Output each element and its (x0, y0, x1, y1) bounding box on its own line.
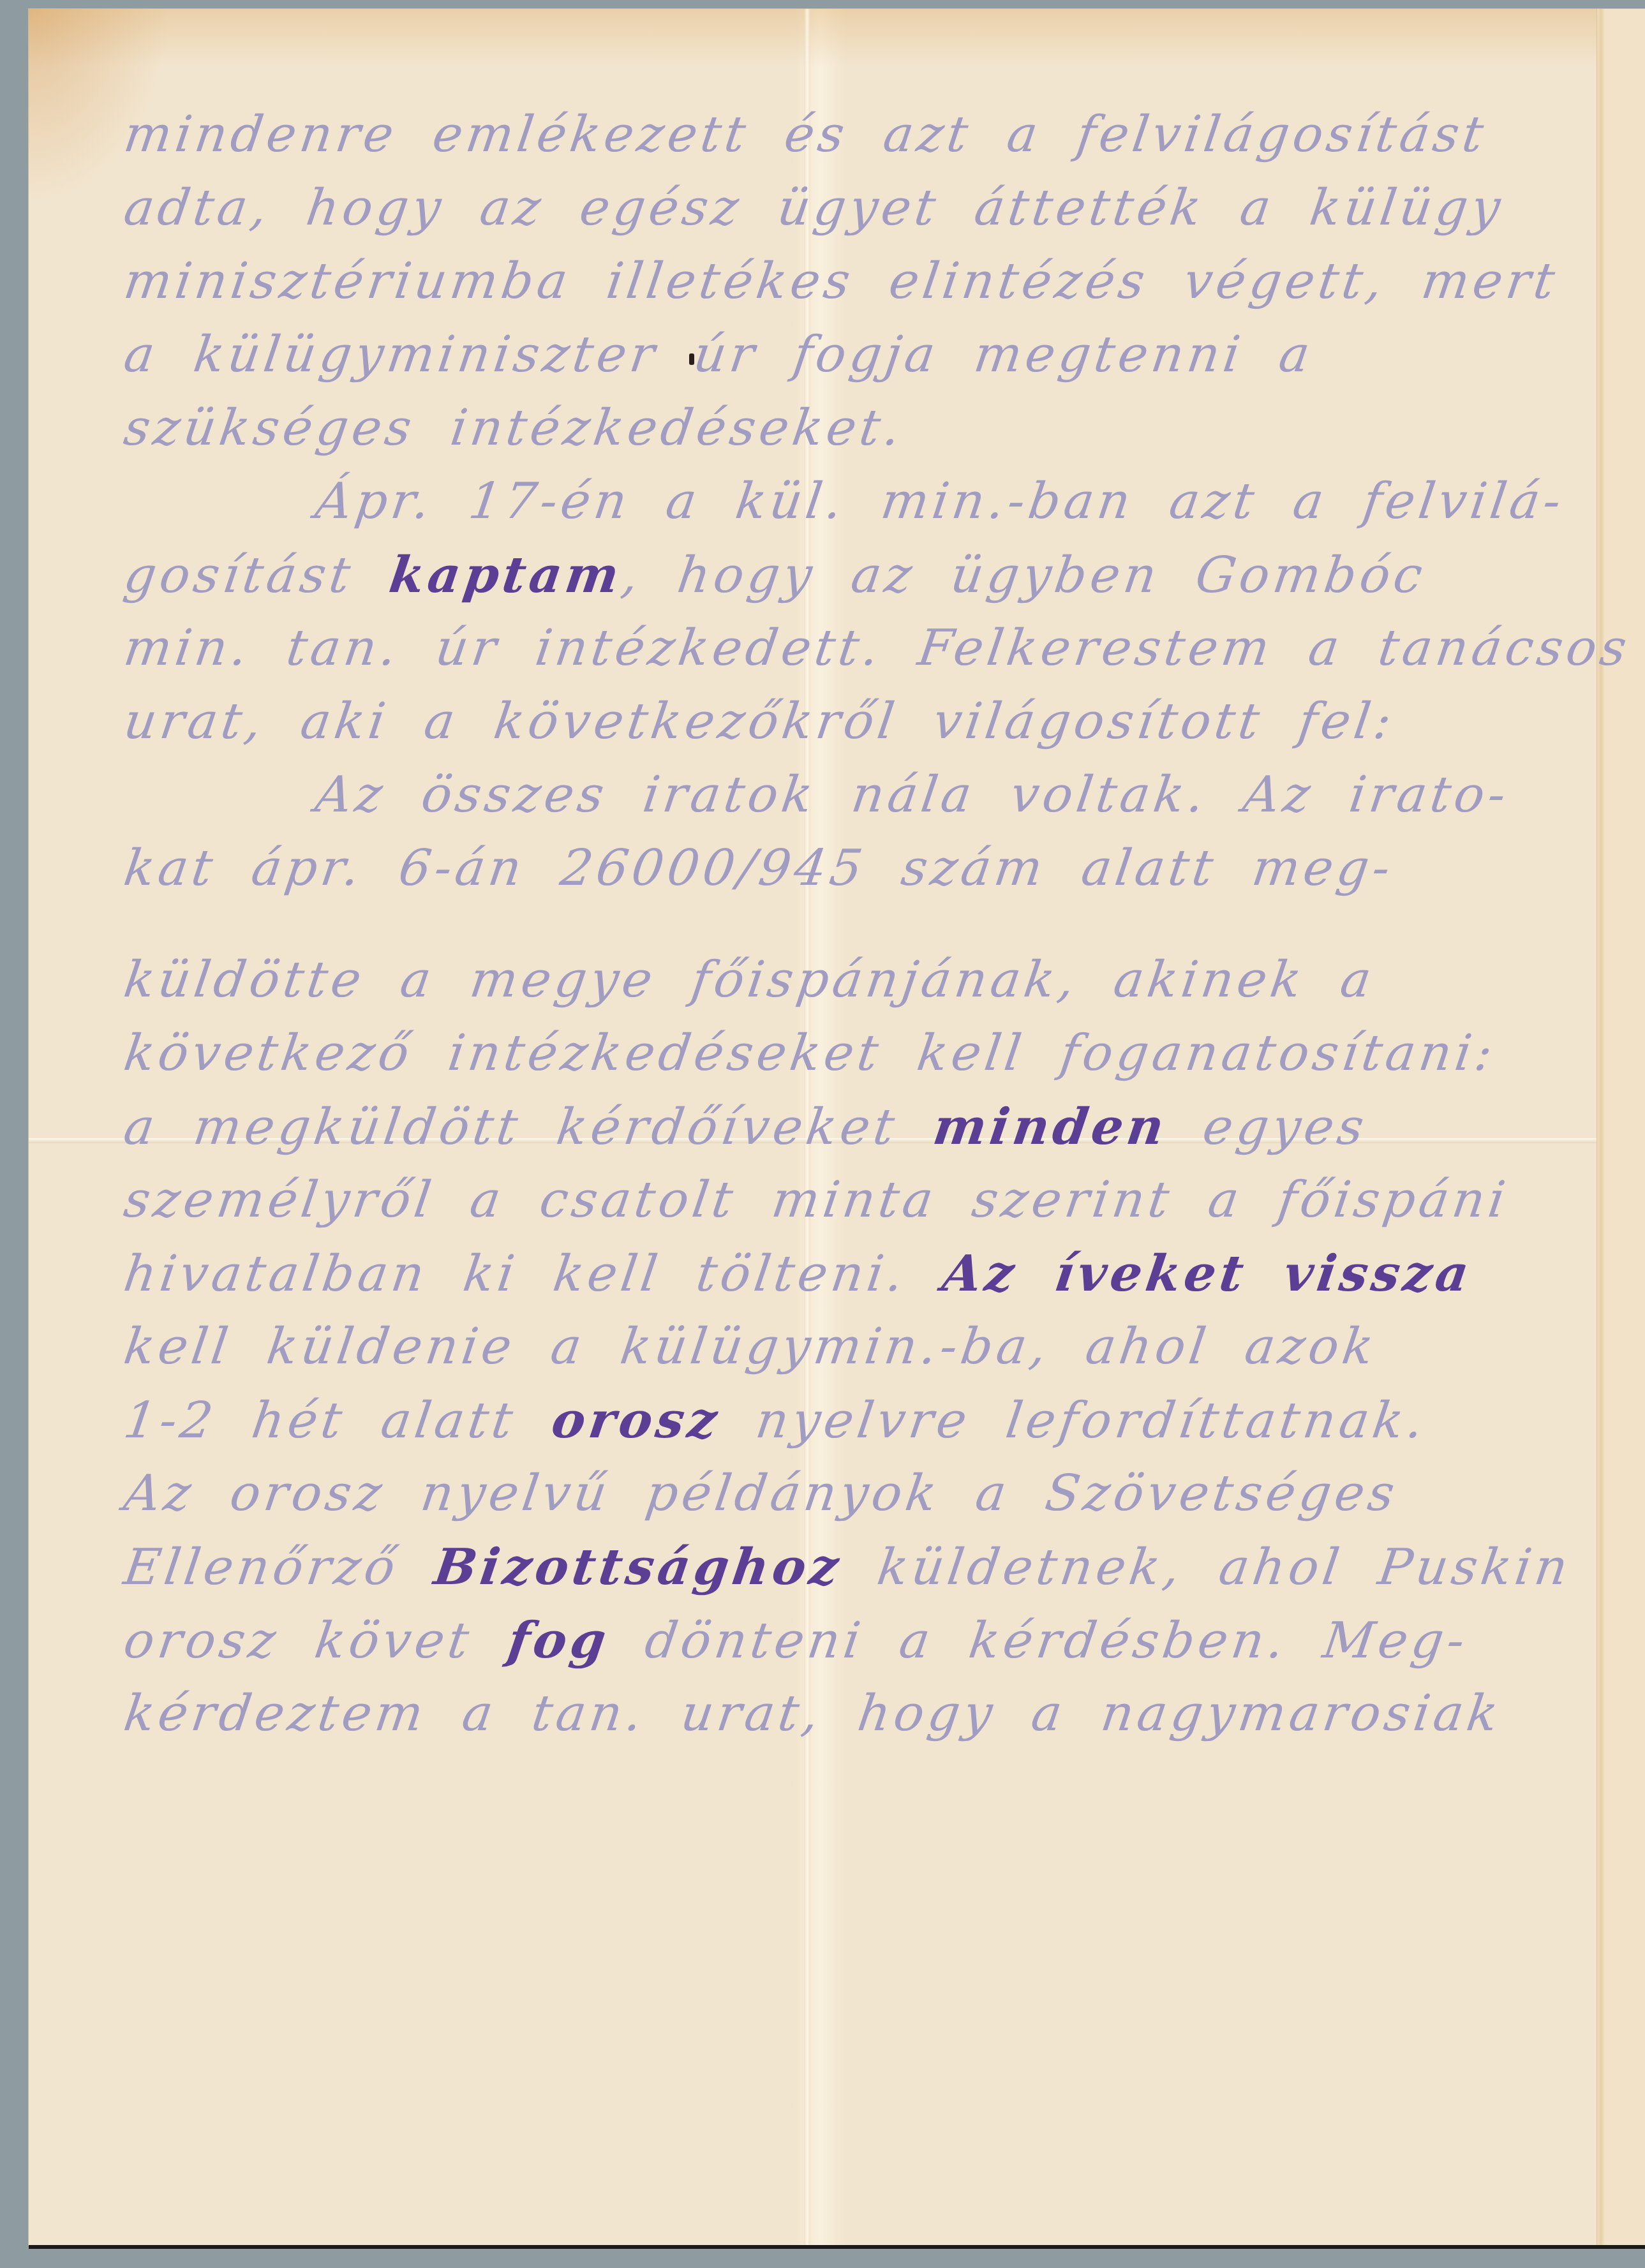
text-line: küldötte a megye főispánjának, akinek a (119, 944, 1597, 1017)
dark-ink-word: minden (930, 1098, 1172, 1156)
dark-ink-word: Az íveket vissza (939, 1245, 1476, 1303)
text-run: , hogy az ügyben Gombóc (618, 547, 1430, 604)
folded-edge-strip (1597, 9, 1645, 2245)
text-line: a megküldött kérdőíveket minden egyes (119, 1090, 1597, 1164)
text-line: szükséges intézkedéseket. (119, 392, 1597, 465)
dark-ink-word: fog (504, 1612, 613, 1670)
text-line: min. tan. úr intézkedett. Felkerestem a … (119, 612, 1597, 685)
text-run: egyes (1163, 1099, 1371, 1156)
text-line: orosz követ fog dönteni a kérdésben. Meg… (119, 1604, 1597, 1677)
dark-ink-word: orosz (548, 1391, 724, 1449)
text-line: Ellenőrző Bizottsághoz küldetnek, ahol P… (119, 1531, 1597, 1604)
text-line: személyről a csatolt minta szerint a fői… (119, 1164, 1597, 1237)
text-line: Az orosz nyelvű példányok a Szövetséges (119, 1457, 1597, 1531)
text-line: minisztériumba illetékes elintézés véget… (119, 245, 1597, 318)
fold-gap (124, 905, 1592, 944)
text-run: orosz követ (121, 1612, 512, 1670)
text-run: nyelvre lefordíttatnak. (716, 1392, 1431, 1449)
text-run: gosítást (121, 547, 394, 604)
text-line: kat ápr. 6-án 26000/945 szám alatt meg- (119, 832, 1597, 905)
text-line: Ápr. 17-én a kül. min.-ban azt a felvilá… (119, 465, 1597, 538)
paper-bottom-edge (29, 2245, 1645, 2249)
text-line: Az összes iratok nála voltak. Az irato- (119, 759, 1597, 832)
text-line: következő intézkedéseket kell foganatosí… (119, 1017, 1597, 1090)
text-run: 1-2 hét alatt (121, 1392, 556, 1449)
handwritten-text: mindenre emlékezett és azt a felvilágosí… (124, 98, 1592, 1751)
text-run: dönteni a kérdésben. Meg- (605, 1612, 1471, 1670)
text-run: küldetnek, ahol Puskin (838, 1539, 1575, 1596)
text-line: urat, aki a következőkről világosított f… (119, 685, 1597, 759)
text-line: a külügyminiszter úr fogja megtenni a (119, 318, 1597, 392)
dark-ink-word: Bizottsághoz (431, 1538, 846, 1596)
dark-ink-word: kaptam (385, 546, 626, 604)
text-line: kell küldenie a külügymin.-ba, ahol azok (119, 1310, 1597, 1384)
text-line: kérdeztem a tan. urat, hogy a nagymarosi… (119, 1677, 1597, 1751)
letter-sheet: mindenre emlékezett és azt a felvilágosí… (29, 9, 1645, 2245)
text-run: hivatalban ki kell tölteni. (121, 1245, 947, 1303)
text-line: gosítást kaptam, hogy az ügyben Gombóc (119, 538, 1597, 612)
text-line: 1-2 hét alatt orosz nyelvre lefordíttatn… (119, 1384, 1597, 1457)
text-run: Ellenőrző (121, 1539, 439, 1596)
text-run: a megküldött kérdőíveket (121, 1099, 938, 1156)
text-line: adta, hogy az egész ügyet áttették a kül… (119, 172, 1597, 245)
text-line: mindenre emlékezett és azt a felvilágosí… (119, 98, 1597, 172)
text-line: hivatalban ki kell tölteni. Az íveket vi… (119, 1237, 1597, 1310)
